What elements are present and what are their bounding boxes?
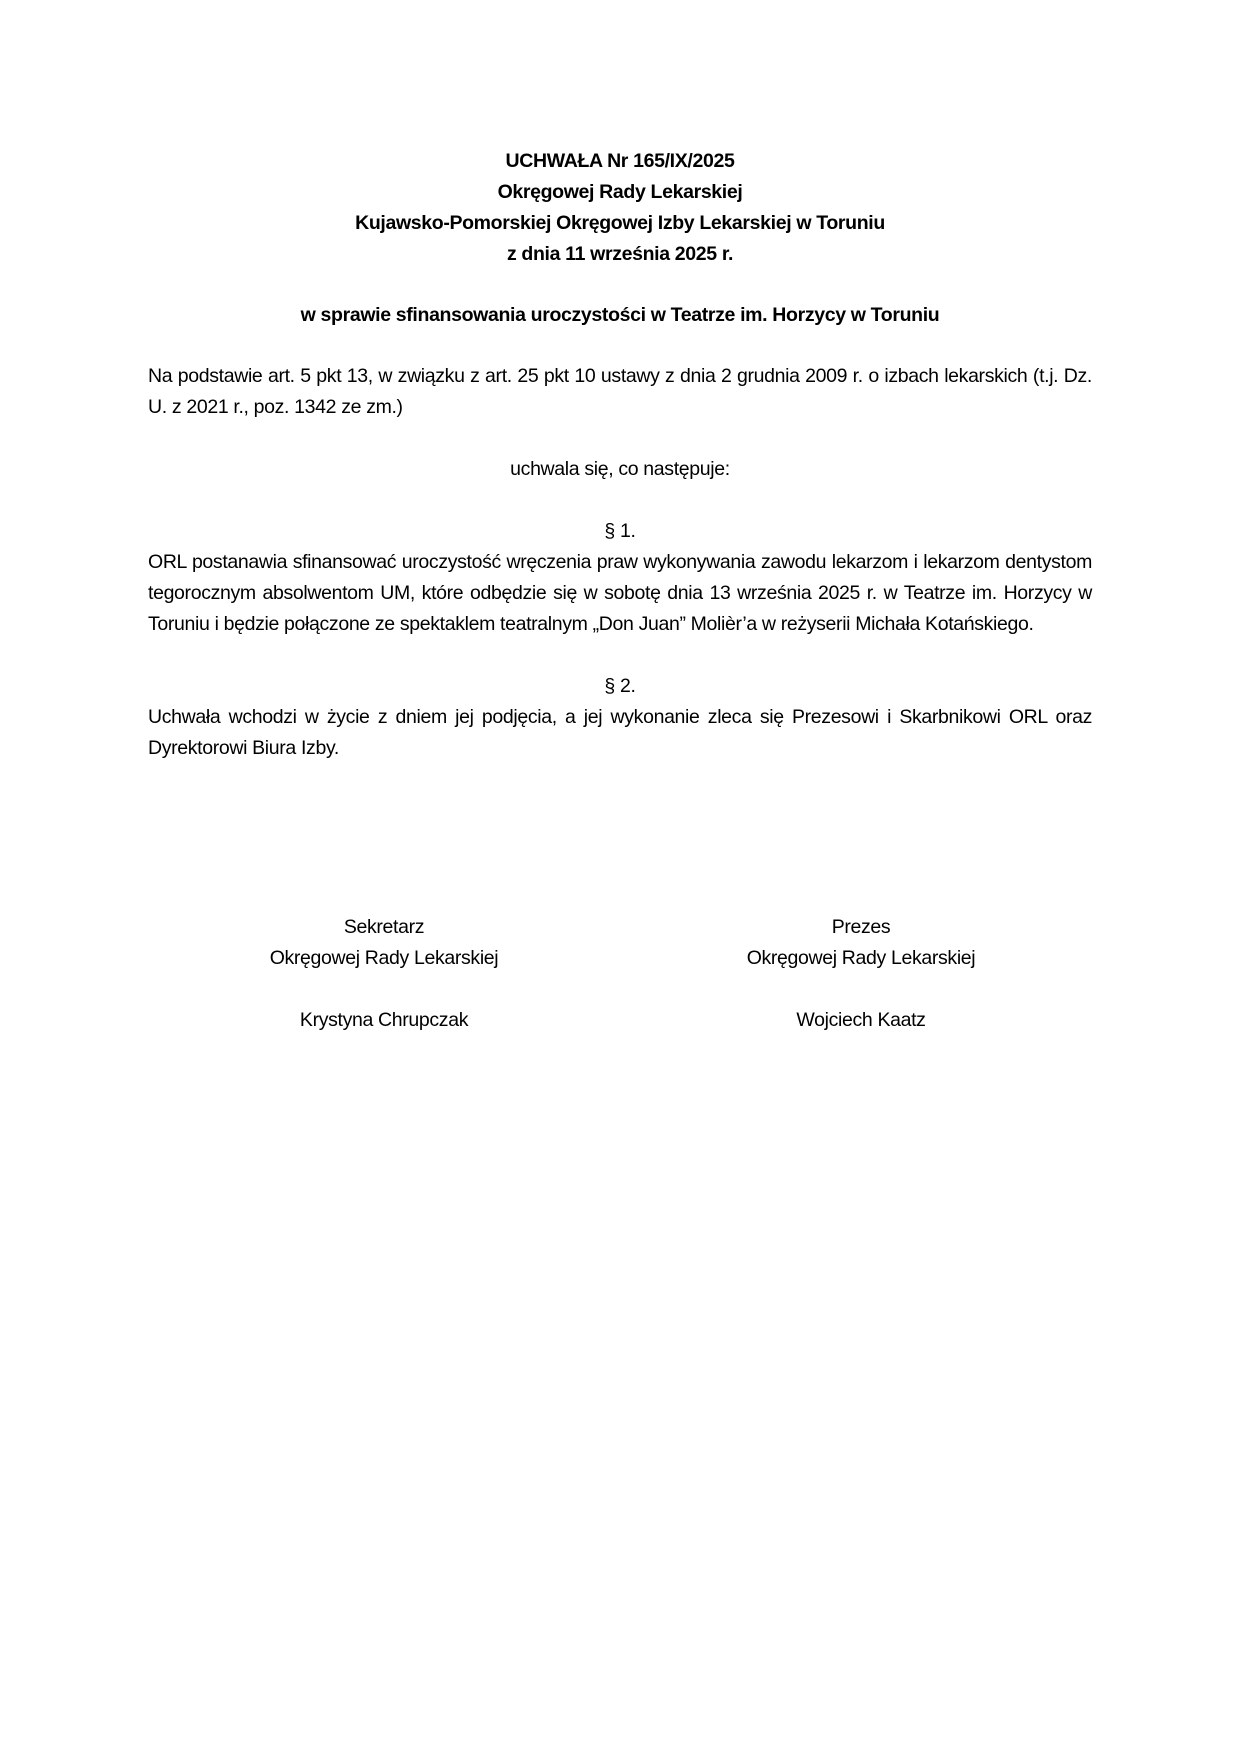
signature-body: Okręgowej Rady Lekarskiej [661,943,1061,974]
resolve-phrase: uchwala się, co następuje: [148,454,1092,485]
resolution-header: UCHWAŁA Nr 165/IX/2025 Okręgowej Rady Le… [148,146,1092,270]
section-2-text: Uchwała wchodzi w życie z dniem jej podj… [148,702,1092,764]
signature-name: Wojciech Kaatz [661,1005,1061,1036]
document-body: UCHWAŁA Nr 165/IX/2025 Okręgowej Rady Le… [148,146,1092,764]
signature-body: Okręgowej Rady Lekarskiej [184,943,584,974]
resolution-subject: w sprawie sfinansowania uroczystości w T… [148,300,1092,331]
chamber-name: Kujawsko-Pomorskiej Okręgowej Izby Lekar… [148,208,1092,239]
signature-role: Sekretarz [184,912,584,943]
signature-secretary: Sekretarz Okręgowej Rady Lekarskiej Krys… [184,912,584,1036]
legal-basis: Na podstawie art. 5 pkt 13, w związku z … [148,361,1092,423]
signature-name: Krystyna Chrupczak [184,1005,584,1036]
section-1: § 1. ORL postanawia sfinansować uroczyst… [148,516,1092,640]
section-2: § 2. Uchwała wchodzi w życie z dniem jej… [148,671,1092,764]
resolution-date: z dnia 11 września 2025 r. [148,239,1092,270]
section-1-mark: § 1. [148,516,1092,547]
resolution-title: UCHWAŁA Nr 165/IX/2025 [148,146,1092,177]
signature-president: Prezes Okręgowej Rady Lekarskiej Wojciec… [661,912,1061,1036]
section-2-mark: § 2. [148,671,1092,702]
signature-role: Prezes [661,912,1061,943]
section-1-text: ORL postanawia sfinansować uroczystość w… [148,547,1092,640]
issuing-body: Okręgowej Rady Lekarskiej [148,177,1092,208]
